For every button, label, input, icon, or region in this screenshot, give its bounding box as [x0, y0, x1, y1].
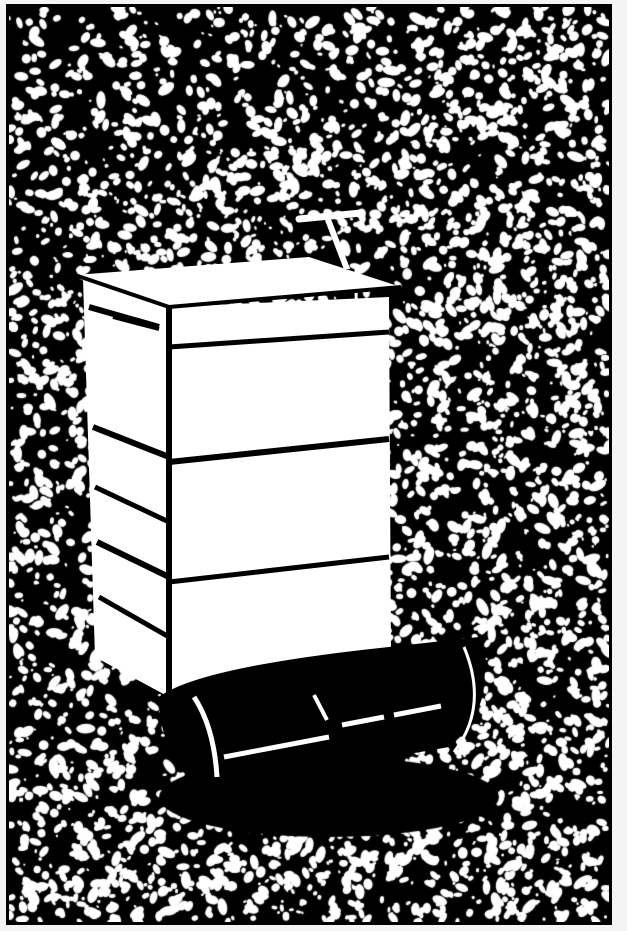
beehive-front — [169, 297, 391, 697]
beehive-side — [83, 279, 169, 697]
halftone-photo — [6, 4, 612, 925]
beehive-scene — [9, 7, 609, 922]
page-margin — [0, 0, 627, 931]
